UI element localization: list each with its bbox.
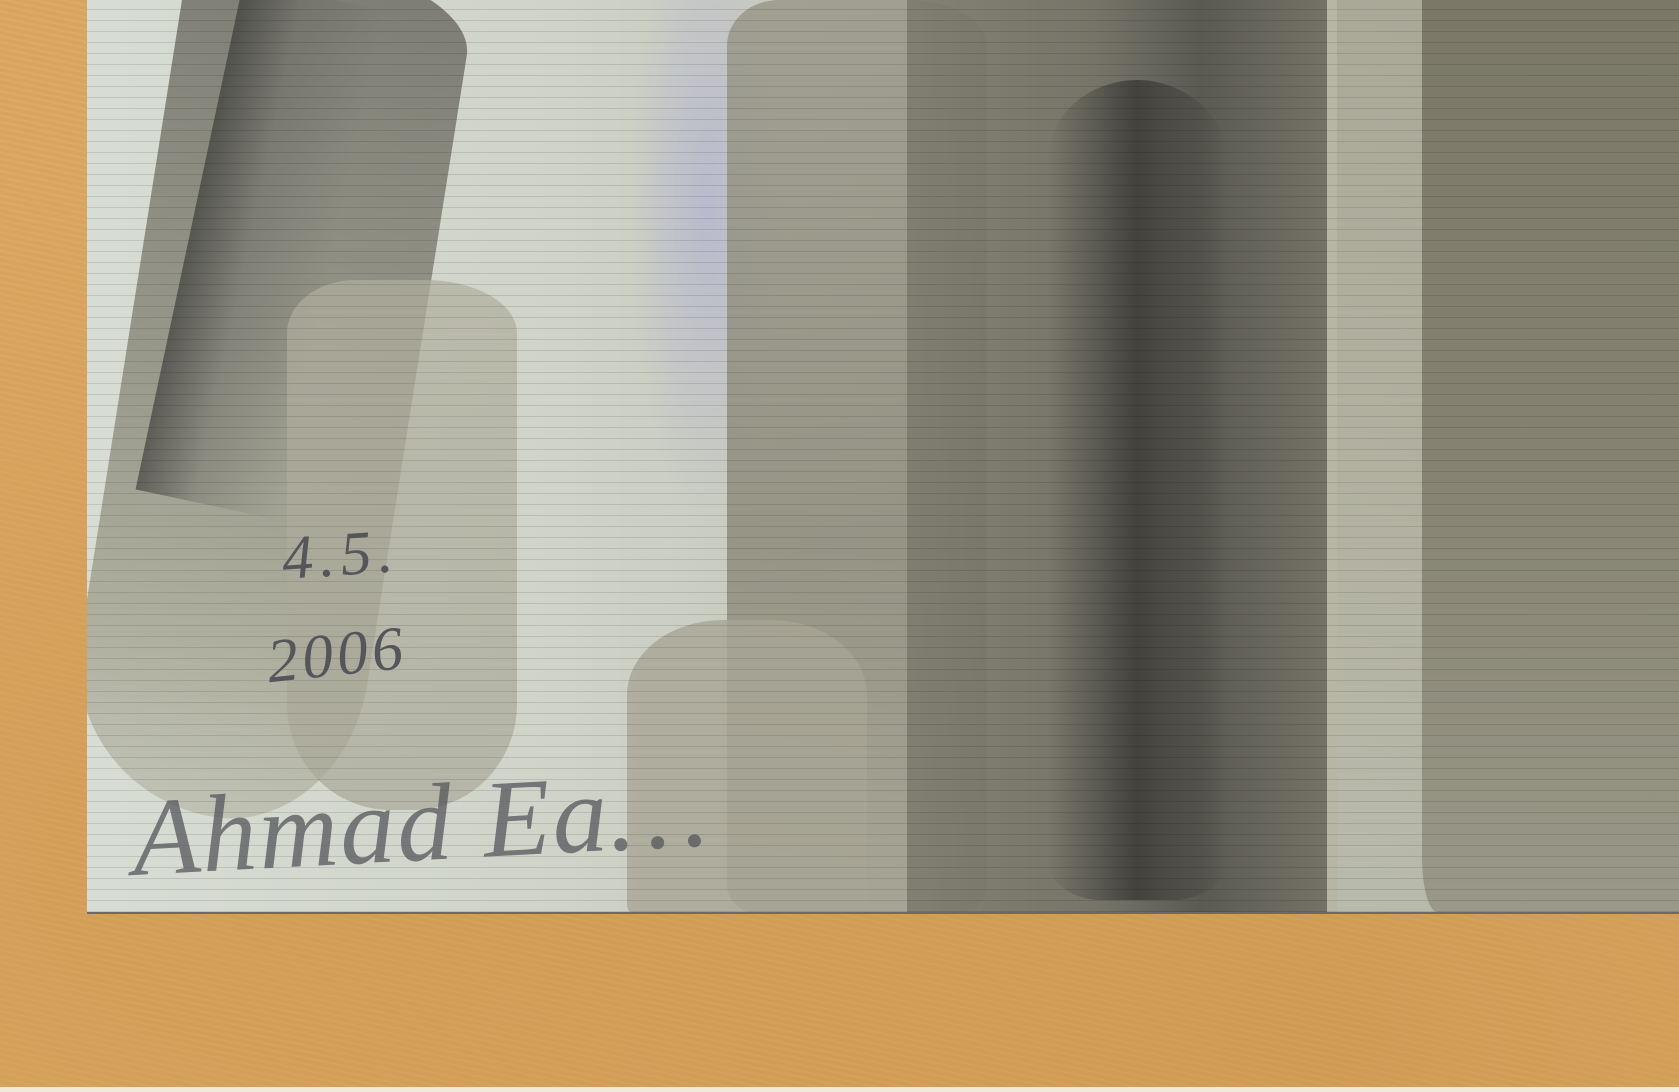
date-inscription-year: 2006 (264, 613, 411, 698)
mount-edge (0, 1087, 1679, 1092)
date-inscription-day-month: 4.5. (280, 516, 402, 595)
artwork-paper: 4.5. 2006 Ahmad Ea… (87, 0, 1679, 914)
